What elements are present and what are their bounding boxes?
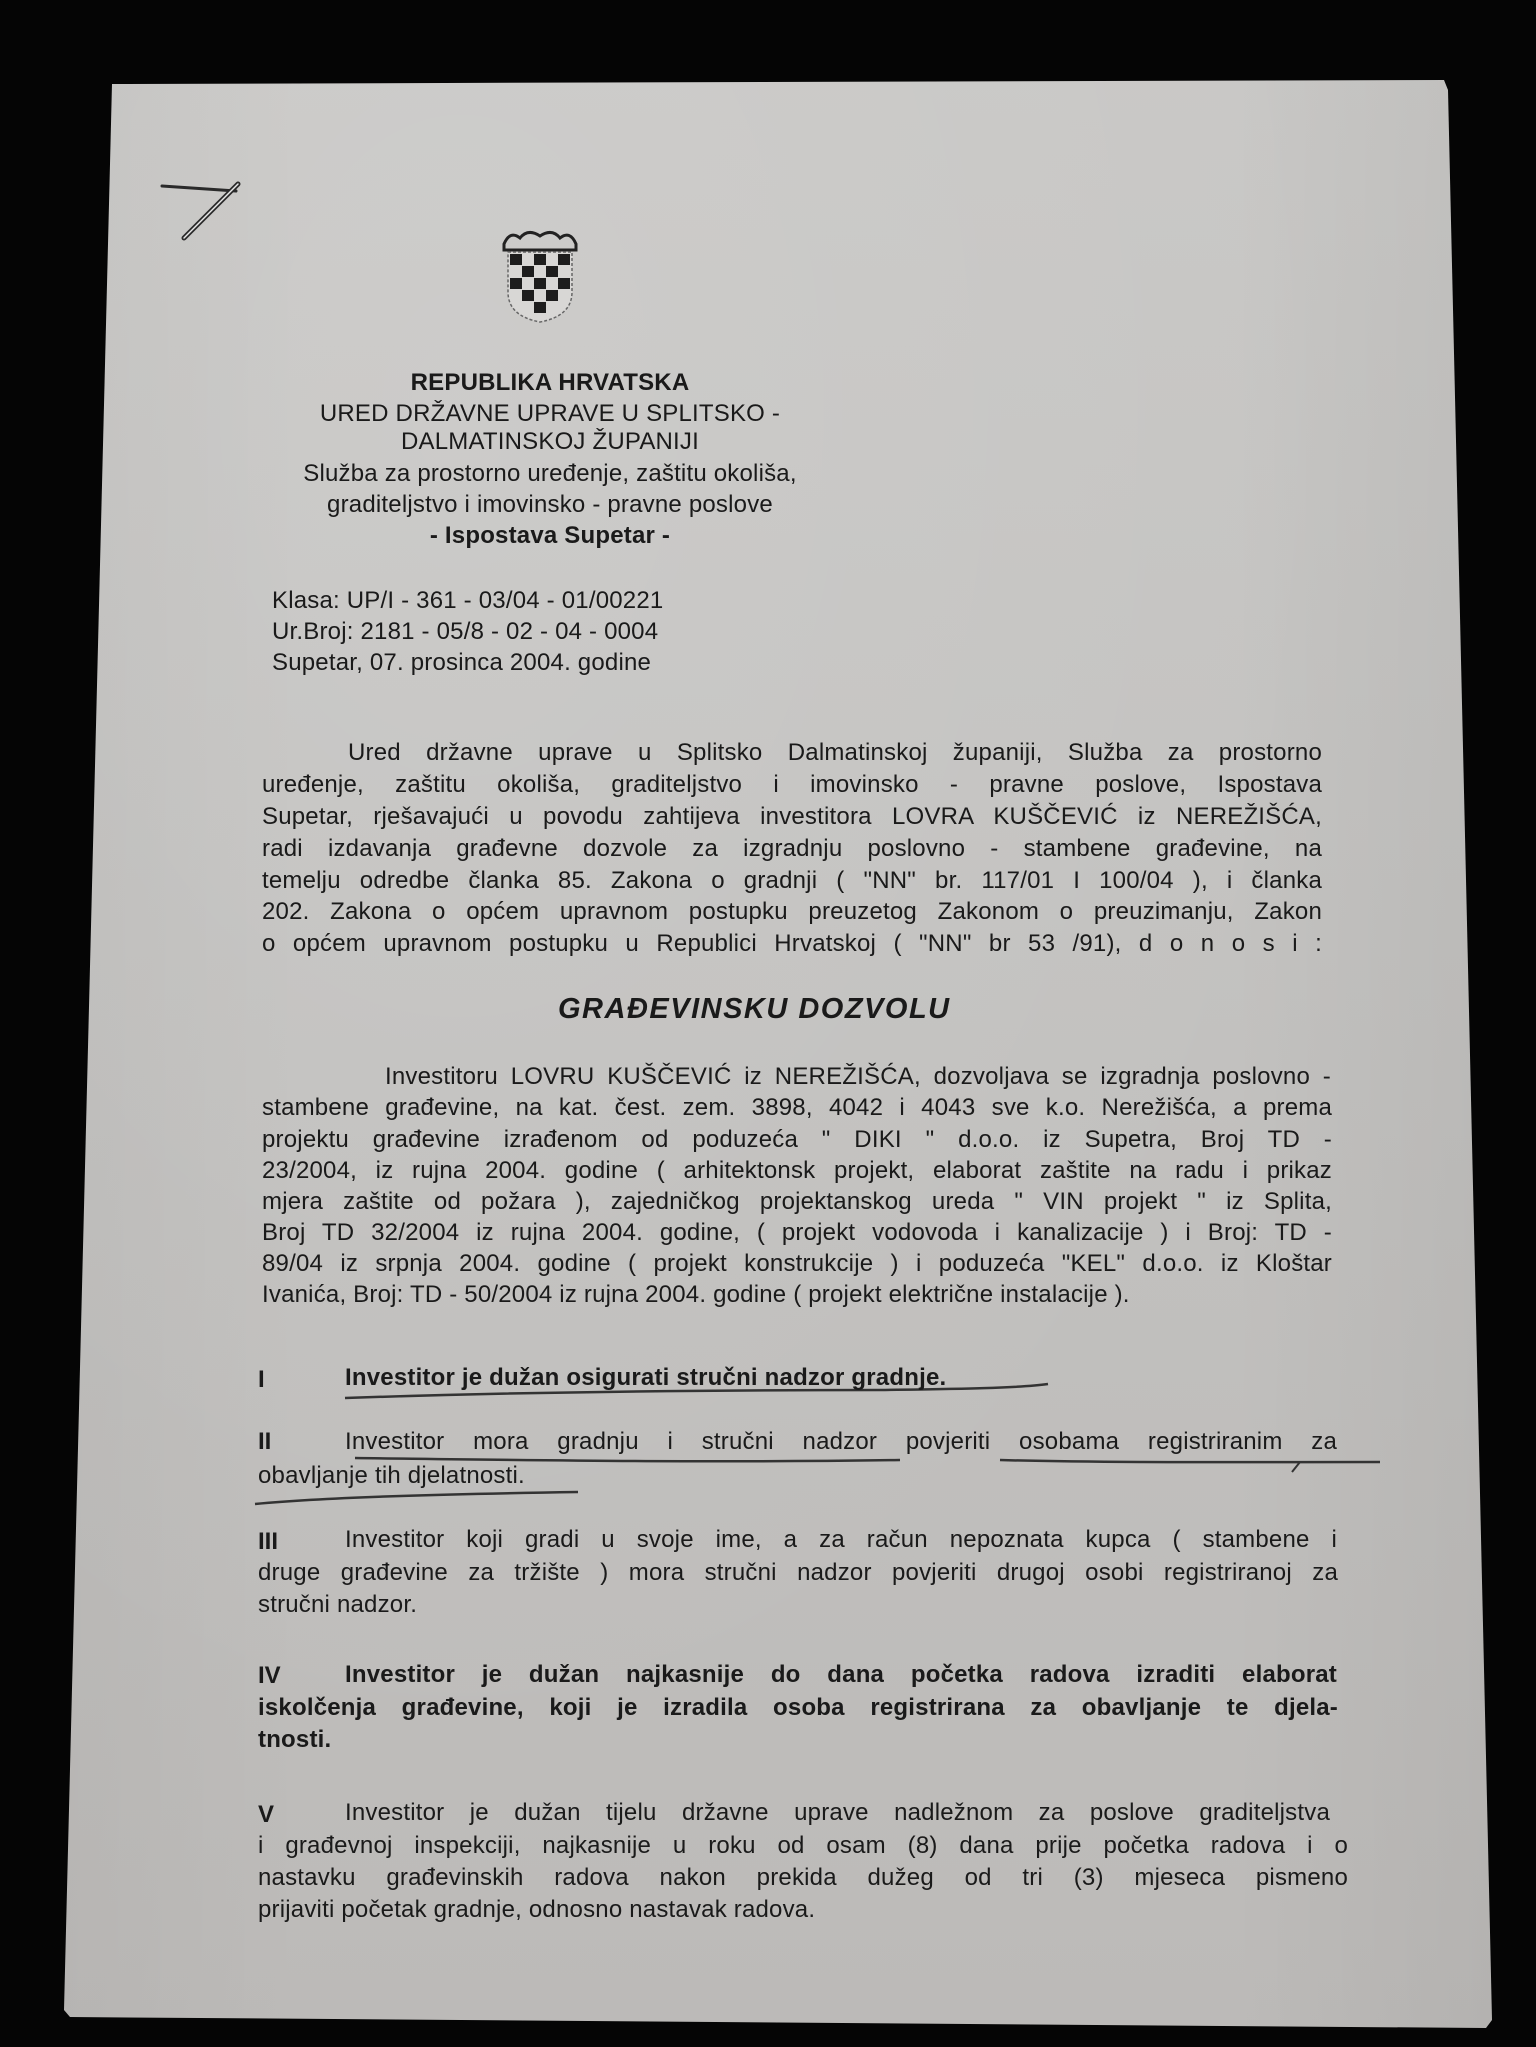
clause-number: III <box>258 1528 278 1556</box>
permit-line: mjera zaštite od požara ), zajedničkog p… <box>262 1188 1332 1216</box>
intro-line: Supetar, rješavajući u povodu zahtijeva … <box>262 803 1322 831</box>
clause-text: prijaviti početak gradnje, odnosno nasta… <box>258 1896 815 1924</box>
meta-place-date: Supetar, 07. prosinca 2004. godine <box>272 649 651 677</box>
intro-line: uređenje, zaštitu okoliša, graditeljstvo… <box>262 771 1322 799</box>
clause-text: Investitor mora gradnju i stručni nadzor… <box>345 1428 1337 1456</box>
intro-line: radi izdavanja građevne dozvole za izgra… <box>262 835 1322 863</box>
clause-text: iskolčenja građevine, koji je izradila o… <box>258 1694 1338 1722</box>
intro-line: 202. Zakona o općem upravnom postupku pr… <box>262 898 1322 926</box>
intro-line: temelju odredbe članka 85. Zakona o grad… <box>262 867 1322 895</box>
header-branch: - Ispostava Supetar - <box>250 522 850 550</box>
header-service: Služba za prostorno uređenje, zaštitu ok… <box>250 460 850 488</box>
permit-line: 89/04 iz srpnja 2004. godine ( projekt k… <box>262 1250 1332 1278</box>
intro-line: Ured državne uprave u Splitsko Dalmatins… <box>348 739 1322 767</box>
clause-text: Investitor je dužan osigurati stručni na… <box>345 1364 946 1392</box>
clause-text: stručni nadzor. <box>258 1591 417 1619</box>
permit-line: 23/2004, iz rujna 2004. godine ( arhitek… <box>262 1157 1332 1185</box>
document-title: GRAĐEVINSKU DOZVOLU <box>558 993 951 1026</box>
meta-klasa: Klasa: UP/I - 361 - 03/04 - 01/00221 <box>272 587 663 615</box>
clause-text: Investitor koji gradi u svoje ime, a za … <box>345 1526 1337 1554</box>
clause-number: V <box>258 1801 274 1829</box>
header-country: REPUBLIKA HRVATSKA <box>330 369 770 397</box>
clause-number: IV <box>258 1662 281 1690</box>
clause-number: II <box>258 1428 271 1456</box>
permit-line: stambene građevine, na kat. čest. zem. 3… <box>262 1094 1332 1122</box>
permit-line: Broj TD 32/2004 iz rujna 2004. godine, (… <box>262 1219 1332 1247</box>
croatian-coat-of-arms-icon <box>500 226 580 326</box>
clause-text: i građevnoj inspekciji, najkasnije u rok… <box>258 1832 1348 1860</box>
clause-number: I <box>258 1366 265 1394</box>
header-service-cont: graditeljstvo i imovinsko - pravne poslo… <box>250 491 850 519</box>
permit-line: Investitoru LOVRU KUŠČEVIĆ iz NEREŽIŠĆA,… <box>385 1063 1331 1091</box>
intro-line: o općem upravnom postupku u Republici Hr… <box>262 930 1322 958</box>
clause-text: nastavku građevinskih radova nakon preki… <box>258 1864 1348 1892</box>
permit-line: Ivanića, Broj: TD - 50/2004 iz rujna 200… <box>262 1281 1130 1309</box>
clause-text: Investitor je dužan tijelu državne uprav… <box>345 1799 1330 1827</box>
permit-line: projektu građevine izrađenom od poduzeća… <box>262 1126 1332 1154</box>
meta-ur-broj: Ur.Broj: 2181 - 05/8 - 02 - 04 - 0004 <box>272 618 658 646</box>
header-county: DALMATINSKOJ ŽUPANIJI <box>250 428 850 456</box>
header-office: URED DRŽAVNE UPRAVE U SPLITSKO - <box>250 400 850 428</box>
clause-text: druge građevine za tržište ) mora stručn… <box>258 1559 1338 1587</box>
clause-text: Investitor je dužan najkasnije do dana p… <box>345 1661 1337 1689</box>
clause-text: obavljanje tih djelatnosti. <box>258 1462 525 1490</box>
clause-text: tnosti. <box>258 1726 331 1754</box>
